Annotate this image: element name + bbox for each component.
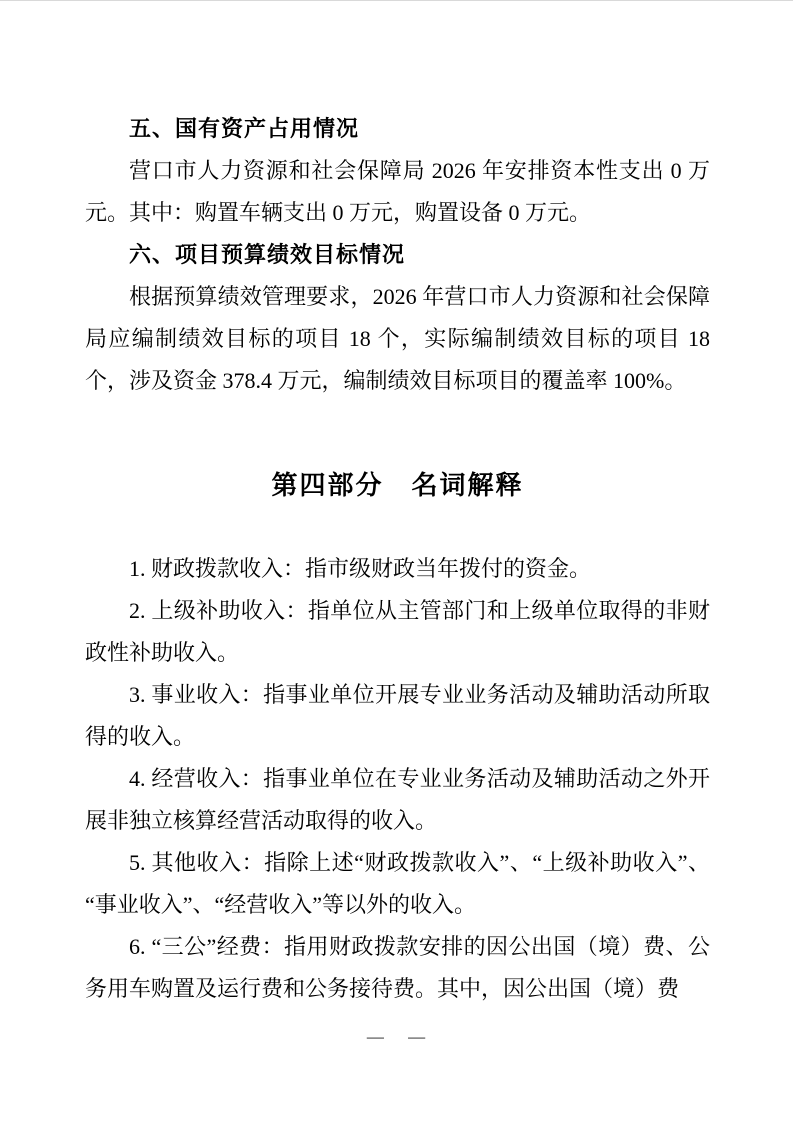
definition-item-three-public-expenses: 6. “三公”经费：指用财政拨款安排的因公出国（境）费、公务用车购置及运行费和公… bbox=[85, 926, 710, 1010]
definition-item-other-income: 5. 其他收入：指除上述“财政拨款收入”、“上级补助收入”、“事业收入”、“经营… bbox=[85, 842, 710, 926]
part-title: 第四部分 名词解释 bbox=[85, 460, 710, 510]
page-footer: — — bbox=[0, 1027, 793, 1047]
definition-item-superior-subsidy-income: 2. 上级补助收入：指单位从主管部门和上级单位取得的非财政性补助收入。 bbox=[85, 590, 710, 674]
definition-item-fiscal-appropriation-income: 1. 财政拨款收入：指市级财政当年拨付的资金。 bbox=[85, 548, 710, 590]
definition-item-institution-income: 3. 事业收入：指事业单位开展专业业务活动及辅助活动所取得的收入。 bbox=[85, 674, 710, 758]
section-paragraph-performance-targets: 根据预算绩效管理要求，2026 年营口市人力资源和社会保障局应编制绩效目标的项目… bbox=[85, 276, 710, 402]
section-paragraph-state-assets: 营口市人力资源和社会保障局 2026 年安排资本性支出 0 万元。其中：购置车辆… bbox=[85, 150, 710, 234]
definition-item-operating-income: 4. 经营收入：指事业单位在专业业务活动及辅助活动之外开展非独立核算经营活动取得… bbox=[85, 758, 710, 842]
document-page: 五、国有资产占用情况 营口市人力资源和社会保障局 2026 年安排资本性支出 0… bbox=[0, 0, 793, 1122]
section-heading-state-assets: 五、国有资产占用情况 bbox=[85, 108, 710, 150]
section-heading-performance-targets: 六、项目预算绩效目标情况 bbox=[85, 234, 710, 276]
definitions-list: 1. 财政拨款收入：指市级财政当年拨付的资金。 2. 上级补助收入：指单位从主管… bbox=[85, 548, 710, 1010]
